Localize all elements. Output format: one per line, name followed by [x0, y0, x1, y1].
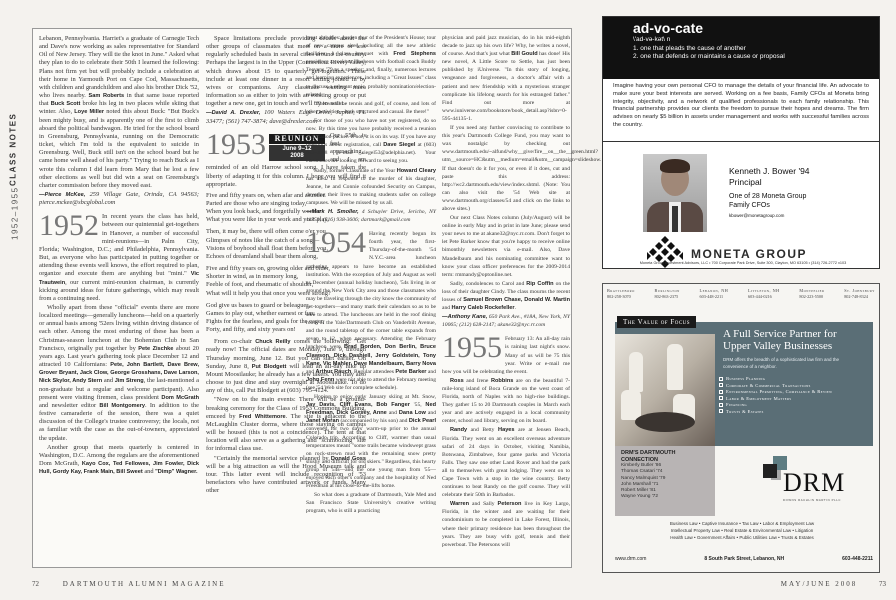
paragraph: Another group that meets quarterly is ce…: [39, 444, 199, 477]
page-number: 72: [32, 580, 39, 588]
class-1952-section: 1952 In recent years the class has held,…: [39, 213, 199, 476]
member: Wayne Young '72: [621, 494, 709, 500]
drm-contact-footer: www.drm.com 8 South Park Street, Lebanon…: [615, 556, 873, 562]
paragraph: Warren and Sally Peterson live in Key La…: [442, 500, 570, 549]
office-item: Montpelier802-223-5500: [799, 288, 824, 300]
paragraph: For those of you who have not yet regist…: [306, 117, 436, 166]
page-number: 73: [879, 580, 886, 588]
column-4-text: physician and paid jazz musician, do in …: [442, 34, 570, 550]
pronunciation: \'ad-və-kət\ n: [633, 36, 869, 45]
logo-square-icon: [763, 464, 777, 478]
moneta-address: Moneta Group Investment Advisors, LLC • …: [609, 261, 877, 265]
services-list: Business Planning Corporate & Commercial…: [719, 376, 869, 415]
moneta-logo-text: MONETA GROUP: [691, 247, 807, 261]
paragraph: So what does a graduate of Dartmouth, Ya…: [306, 491, 436, 515]
left-page-footer: 72 DARTMOUTH ALUMNI MAGAZINE: [32, 580, 226, 588]
advisor-title: Principal: [729, 177, 810, 188]
moneta-logo: MONETA GROUP: [645, 234, 807, 274]
value-of-focus-tag: The Value of Focus: [617, 316, 696, 328]
drm-address: 8 South Park Street, Lebanon, NH: [704, 556, 784, 562]
paragraph: Randy and Betty Hayes are at Jensen Beac…: [442, 426, 570, 499]
moneta-logo-icon: [645, 234, 685, 274]
paragraph: Our next Class Notes column (July/August…: [442, 214, 570, 279]
office-item: St. Johnsbury802-748-8324: [844, 288, 875, 300]
checkbox-icon: [719, 390, 723, 394]
paragraph: Hoping to enjoy early January skiing at …: [306, 393, 436, 490]
class-year-heading: 1954: [306, 230, 366, 256]
checkbox-icon: [719, 403, 723, 407]
drm-advertisement: Brattleboro802-258-3070 Burlington802-86…: [602, 283, 880, 573]
portrait-photo: [643, 154, 707, 232]
spine-section: CLASS NOTES: [9, 113, 18, 186]
section-spine-label: 1952–1955 CLASS NOTES: [8, 40, 22, 240]
tagline-1: One of 28 Moneta Group: [729, 192, 810, 201]
advisor-bio: Kenneth J. Bower '94 Principal One of 28…: [729, 166, 810, 218]
ad-body-copy: Imagine having your own personal CFO to …: [603, 79, 879, 134]
office-item: Brattleboro802-258-3070: [607, 288, 635, 300]
advisor-email[interactable]: kbower@monetagroup.com: [729, 213, 810, 218]
column-3-text: great activities: garden tour of the Pre…: [306, 34, 436, 516]
definition-1: 1. one that pleads the cause of another: [633, 45, 869, 54]
office-item: Littleton, NH603-444-0216: [748, 288, 780, 300]
definition-header: ad-vo-cate \'ad-və-kət\ n 1. one that pl…: [603, 17, 879, 79]
class-1954-section: 1954 Having recently begun its fourth ye…: [306, 230, 436, 515]
publication-name: DARTMOUTH ALUMNI MAGAZINE: [63, 580, 226, 588]
definition-2: 2. one that defends or maintains a cause…: [633, 53, 869, 62]
drm-phone: 603-448-2211: [842, 556, 873, 562]
advisor-name: Kenneth J. Bower '94: [729, 166, 810, 177]
tagline-2: Family CFOs: [729, 201, 810, 210]
class-year-heading: 1952: [39, 213, 99, 239]
ad-headword: ad-vo-cate: [633, 20, 869, 36]
class-year-heading: 1953: [206, 132, 266, 158]
signature: —Anthony Kane, 650 Park Ave., #18A, New …: [442, 313, 570, 329]
paragraph: Ross and Irene Robbins are on the beauti…: [442, 377, 570, 426]
issue-date: MAY/JUNE 2008: [781, 580, 858, 588]
checkbox-icon: [719, 409, 723, 413]
drm-website[interactable]: www.drm.com: [615, 556, 646, 562]
drm-headline: A Full Service Partner for Upper Valley …: [723, 328, 837, 352]
drm-logo: DRM DOWNS RACHLIN MARTIN PLLC: [743, 456, 863, 512]
paragraph: great activities: garden tour of the Pre…: [306, 34, 436, 99]
moneta-advertisement: ad-vo-cate \'ad-və-kət\ n 1. one that pl…: [602, 16, 880, 142]
checkbox-icon: [719, 377, 723, 381]
paragraph: If you need any further convincing to co…: [442, 124, 570, 213]
checkbox-icon: [719, 383, 723, 387]
spine-years: 1952–1955: [11, 186, 20, 240]
signature: —Mark H. Smoller, 4 Schuyler Drive, Jeri…: [306, 208, 436, 224]
office-list: Brattleboro802-258-3070 Burlington802-86…: [603, 284, 879, 304]
office-item: Lebanon, NH603-448-2211: [700, 288, 729, 300]
right-page-footer: MAY/JUNE 2008 73: [781, 580, 886, 588]
practice-areas: Business Law • Captive Insurance • Tax L…: [609, 520, 875, 541]
paragraph: Lebanon, Pennsylvania. Harriet's a gradu…: [39, 35, 199, 190]
paragraph: "There will be tennis and golf, of cours…: [306, 100, 436, 116]
class-1955-section: 1955 February 13: An all-day rain is rai…: [442, 335, 570, 548]
office-item: Burlington802-863-2375: [655, 288, 680, 300]
paragraph: Sadly, former Classmate of the Year Howa…: [306, 167, 436, 207]
column-1: Lebanon, Pennsylvania. Harriet's a gradu…: [39, 35, 199, 477]
paragraph: Sadly, condolences to Carol and Rip Coff…: [442, 280, 570, 312]
checkbox-icon: [719, 396, 723, 400]
class-year-heading: 1955: [442, 335, 502, 361]
moneta-advertisement-lower: Kenneth J. Bower '94 Principal One of 28…: [602, 142, 880, 269]
office-meeting-photo: [615, 334, 715, 446]
dartmouth-connection-box: DRM'S DARTMOUTH CONNECTION Kimberly Butl…: [615, 446, 715, 516]
drm-subhead: DRM offers the breadth of a sophisticate…: [723, 356, 863, 370]
paragraph: physician and paid jazz musician, do in …: [442, 34, 570, 123]
service-item: Trusts & Estates: [719, 409, 869, 416]
paragraph: Wholly apart from these "official" event…: [39, 304, 199, 443]
signature: —Pierce McKee, 259 Village Gate, Orinda,…: [39, 191, 199, 207]
